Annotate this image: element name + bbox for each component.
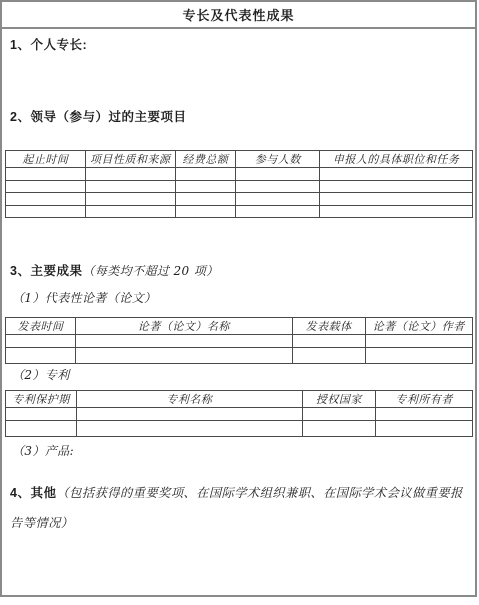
table-row	[6, 168, 473, 181]
empty-cell	[6, 193, 86, 206]
empty-cell	[175, 205, 236, 218]
column-header: 项目性质和来源	[85, 151, 175, 168]
empty-cell	[320, 180, 473, 193]
empty-cell	[292, 348, 365, 364]
empty-cell	[6, 408, 77, 421]
table-header-row: 专利保护期专利名称授权国家专利所有者	[6, 391, 473, 408]
empty-cell	[376, 408, 473, 421]
column-header: 专利名称	[76, 391, 302, 408]
empty-cell	[76, 335, 293, 348]
column-header: 经费总额	[175, 151, 236, 168]
table-header-row: 起止时间项目性质和来源经费总额参与人数申报人的具体职位和任务	[6, 151, 473, 168]
column-header: 发表载体	[292, 318, 365, 335]
empty-cell	[320, 205, 473, 218]
empty-cell	[320, 168, 473, 181]
patents-table: 专利保护期专利名称授权国家专利所有者	[5, 390, 473, 437]
empty-cell	[85, 168, 175, 181]
empty-cell	[85, 205, 175, 218]
empty-cell	[6, 205, 86, 218]
subsection-publications-heading: （1）代表性论著（论文）	[12, 289, 156, 306]
empty-cell	[6, 335, 76, 348]
empty-cell	[175, 193, 236, 206]
table-row	[6, 180, 473, 193]
section-main-achievements-heading: 3、主要成果（每类均不超过 20 项）	[10, 261, 219, 280]
empty-cell	[302, 421, 376, 437]
section-others-note: （包括获得的重要奖项、在国际学术组织兼职、在国际学术会议做重要报告等情况）	[10, 486, 463, 530]
section-others-title: 4、其他	[10, 486, 56, 500]
empty-cell	[6, 168, 86, 181]
column-header: 专利所有者	[376, 391, 473, 408]
table-row	[6, 348, 473, 364]
table-row	[6, 408, 473, 421]
empty-cell	[236, 193, 320, 206]
column-header: 论著（论文）作者	[365, 318, 472, 335]
empty-cell	[85, 180, 175, 193]
column-header: 论著（论文）名称	[76, 318, 293, 335]
page-title: 专长及代表性成果	[2, 2, 475, 29]
empty-cell	[302, 408, 376, 421]
empty-cell	[320, 193, 473, 206]
table-header-row: 发表时间论著（论文）名称发表载体论著（论文）作者	[6, 318, 473, 335]
empty-cell	[6, 180, 86, 193]
section-others-heading: 4、其他（包括获得的重要奖项、在国际学术组织兼职、在国际学术会议做重要报告等情况…	[10, 478, 472, 538]
column-header: 申报人的具体职位和任务	[320, 151, 473, 168]
section-personal-specialty-heading: 1、个人专长:	[10, 35, 87, 53]
empty-cell	[236, 180, 320, 193]
empty-cell	[236, 205, 320, 218]
empty-cell	[376, 421, 473, 437]
table-row	[6, 335, 473, 348]
empty-cell	[292, 335, 365, 348]
empty-cell	[76, 348, 293, 364]
empty-cell	[365, 335, 472, 348]
section-main-achievements-note: （每类均不超过 20 项）	[82, 264, 218, 278]
projects-table: 起止时间项目性质和来源经费总额参与人数申报人的具体职位和任务	[5, 150, 473, 218]
publications-table: 发表时间论著（论文）名称发表载体论著（论文）作者	[5, 317, 473, 364]
empty-cell	[365, 348, 472, 364]
column-header: 起止时间	[6, 151, 86, 168]
empty-cell	[6, 421, 77, 437]
achievements-form-page: 专长及代表性成果 1、个人专长: 2、领导（参与）过的主要项目 起止时间项目性质…	[0, 0, 477, 597]
empty-cell	[6, 348, 76, 364]
subsection-products-heading: （3）产品:	[12, 442, 74, 459]
empty-cell	[85, 193, 175, 206]
empty-cell	[175, 168, 236, 181]
section-main-achievements-title: 3、主要成果	[10, 264, 82, 278]
empty-cell	[76, 408, 302, 421]
subsection-patents-heading: （2）专利	[12, 366, 70, 383]
column-header: 发表时间	[6, 318, 76, 335]
table-row	[6, 205, 473, 218]
column-header: 专利保护期	[6, 391, 77, 408]
column-header: 授权国家	[302, 391, 376, 408]
column-header: 参与人数	[236, 151, 320, 168]
table-row	[6, 193, 473, 206]
empty-cell	[175, 180, 236, 193]
empty-cell	[236, 168, 320, 181]
empty-cell	[76, 421, 302, 437]
table-row	[6, 421, 473, 437]
section-projects-heading: 2、领导（参与）过的主要项目	[10, 107, 186, 125]
page-title-text: 专长及代表性成果	[182, 5, 294, 24]
